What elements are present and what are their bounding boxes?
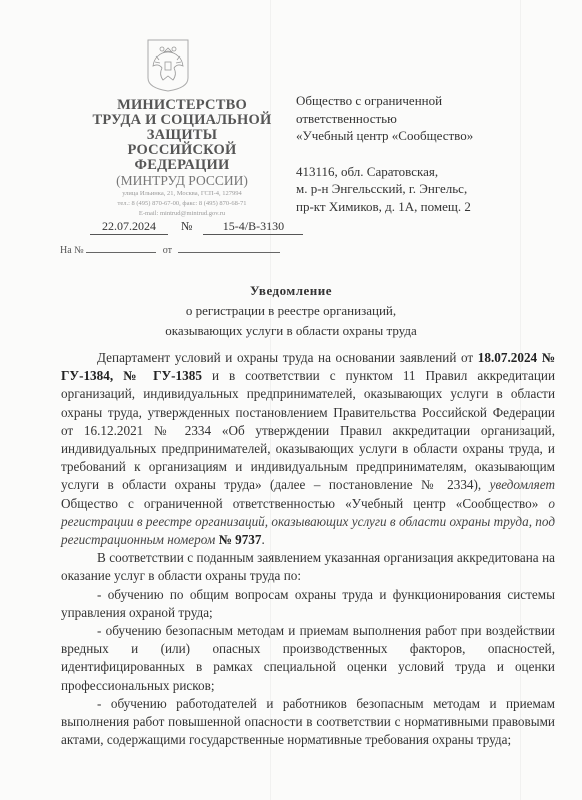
service-list-item: - обучению работодателей и работников бе… [61, 695, 555, 750]
document-body: Департамент условий и охраны труда на ос… [61, 349, 555, 749]
service-list-item: - обучению по общим вопросам охраны труд… [61, 586, 555, 622]
addressee-address-line: м. р-н Энгельсский, г. Энгельс, [296, 180, 473, 198]
incoming-from-label: от [163, 245, 172, 256]
document-page: МИНИСТЕРСТВО ТРУДА И СОЦИАЛЬНОЙ ЗАЩИТЫ Р… [0, 0, 582, 800]
addressee-org-line: «Учебный центр «Сообщество» [296, 127, 473, 145]
ministry-phone: тел.: 8 (495) 870-67-00, факс: 8 (495) 8… [82, 200, 282, 208]
service-list-item: - обучению безопасным методам и приемам … [61, 622, 555, 695]
title-heading: Уведомление [0, 281, 582, 301]
ministry-name-line: ТРУДА И СОЦИАЛЬНОЙ [82, 113, 282, 128]
document-title: Уведомление о регистрации в реестре орга… [0, 281, 582, 341]
outgoing-reference: 22.07.2024 № 15-4/В-3130 [90, 219, 303, 235]
incoming-number-blank [86, 243, 156, 253]
addressee-address-line: 413116, обл. Саратовская, [296, 163, 473, 181]
ministry-name-line: РОССИЙСКОЙ ФЕДЕРАЦИИ [82, 143, 282, 173]
addressee-org-line: Общество с ограниченной [296, 92, 473, 110]
ministry-address: улица Ильинка, 21, Москва, ГСП-4, 127994 [82, 190, 282, 198]
ministry-name-line: ЗАЩИТЫ [82, 128, 282, 143]
ministry-email: E-mail: mintrud@mintrud.gov.ru [82, 210, 282, 218]
incoming-date-blank [178, 243, 280, 253]
number-sign: № [181, 219, 192, 233]
incoming-number-label: На № [60, 245, 84, 256]
title-subtitle-line: оказывающих услуги в области охраны труд… [0, 321, 582, 341]
body-text: Общество с ограниченной ответственностью… [61, 496, 548, 511]
addressee-block: Общество с ограниченной ответственностью… [296, 92, 473, 215]
registration-number: № 9737 [219, 532, 262, 547]
coat-of-arms-icon [146, 38, 190, 92]
incoming-reference: На № от [60, 243, 280, 256]
ministry-letterhead: МИНИСТЕРСТВО ТРУДА И СОЦИАЛЬНОЙ ЗАЩИТЫ Р… [82, 98, 282, 218]
body-emphasis: уведомляет [490, 477, 555, 492]
outgoing-number: 15-4/В-3130 [203, 219, 303, 235]
body-text: Департамент условий и охраны труда на ос… [97, 350, 478, 365]
body-text: . [262, 532, 265, 547]
ministry-short-name: (МИНТРУД РОССИИ) [82, 173, 282, 188]
body-paragraph-accreditation: В соответствии с поданным заявлением ука… [61, 549, 555, 585]
addressee-address-line: пр-кт Химиков, д. 1А, помещ. 2 [296, 198, 473, 216]
ministry-name-line: МИНИСТЕРСТВО [82, 98, 282, 113]
body-text: и в соответствии с пунктом 11 Правил акк… [61, 368, 555, 492]
body-paragraph-main: Департамент условий и охраны труда на ос… [61, 349, 555, 549]
outgoing-date: 22.07.2024 [90, 219, 168, 235]
title-subtitle-line: о регистрации в реестре организаций, [0, 301, 582, 321]
addressee-org-line: ответственностью [296, 110, 473, 128]
